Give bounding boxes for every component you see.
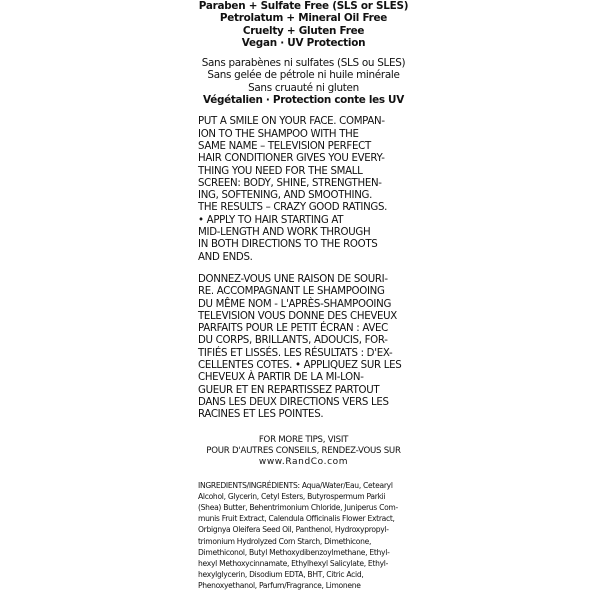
ingredients-list: INGREDIENTS/INGRÉDIENTS: Aqua/Water/Eau,…	[198, 480, 409, 591]
product-label: Paraben + Sulfate Free (SLS or SLES) Pet…	[198, 0, 409, 591]
description-french: DONNEZ-VOUS UNE RAISON DE SOURI- RE. ACC…	[198, 274, 409, 422]
ingredients-line: Orbignya Oleifera Seed Oil, Panthenol, H…	[198, 524, 409, 535]
claim-line: Sans parabènes ni sulfates (SLS ou SLES)	[198, 57, 409, 69]
ingredients-line: Alcohol, Glycerin, Cetyl Esters, Butyros…	[198, 491, 409, 502]
website-url: www.RandCo.com	[198, 457, 409, 468]
claim-line: Sans cruauté ni gluten	[198, 82, 409, 94]
text-line: MID-LENGTH AND WORK THROUGH	[198, 227, 409, 239]
text-line: PARFAITS POUR LE PETIT ÉCRAN : AVEC	[198, 323, 409, 335]
text-line: SAME NAME – TELEVISION PERFECT	[198, 141, 409, 153]
text-line: ING, SOFTENING, AND SMOOTHING.	[198, 190, 409, 202]
text-line: RACINES ET LES POINTES.	[198, 409, 409, 421]
text-line: TIFIÉS ET LISSÉS. LES RÉSULTATS : D'EX-	[198, 348, 409, 360]
ingredients-line: Phenoxyethanol, Parfum/Fragrance, Limone…	[198, 580, 409, 591]
claim-line: Cruelty + Gluten Free	[198, 25, 409, 37]
claim-line: Petrolatum + Mineral Oil Free	[198, 12, 409, 24]
claim-line: Paraben + Sulfate Free (SLS or SLES)	[198, 0, 409, 12]
text-line: TELEVISION VOUS DONNE DES CHEVEUX	[198, 311, 409, 323]
ingredients-line: (Shea) Butter, Behentrimonium Chloride, …	[198, 502, 409, 513]
text-line: IN BOTH DIRECTIONS TO THE ROOTS	[198, 239, 409, 251]
text-line: SCREEN: BODY, SHINE, STRENGTHEN-	[198, 178, 409, 190]
text-line: RE. ACCOMPAGNANT LE SHAMPOOING	[198, 286, 409, 298]
text-line: DONNEZ-VOUS UNE RAISON DE SOURI-	[198, 274, 409, 286]
text-line: CHEVEUX À PARTIR DE LA MI-LON-	[198, 372, 409, 384]
ingredients-line: trimonium Hydrolyzed Corn Starch, Dimeth…	[198, 536, 409, 547]
tips-line-english: FOR MORE TIPS, VISIT	[198, 435, 409, 446]
text-line: ION TO THE SHAMPOO WITH THE	[198, 129, 409, 141]
claim-line: Vegan · UV Protection	[198, 37, 409, 49]
ingredients-line: INGREDIENTS/INGRÉDIENTS: Aqua/Water/Eau,…	[198, 480, 409, 491]
tips-line-french: POUR D'AUTRES CONSEILS, RENDEZ-VOUS SUR	[198, 446, 409, 457]
text-line: DANS LES DEUX DIRECTIONS VERS LES	[198, 397, 409, 409]
description-english: PUT A SMILE ON YOUR FACE. COMPAN- ION TO…	[198, 116, 409, 264]
claim-line: Sans gelée de pétrole ni huile minérale	[198, 69, 409, 81]
ingredients-line: hexylglycerin, Disodium EDTA, BHT, Citri…	[198, 569, 409, 580]
text-line: DU CORPS, BRILLANTS, ADOUCIS, FOR-	[198, 335, 409, 347]
claim-line: Végétalien · Protection conte les UV	[198, 94, 409, 106]
text-line: CELLENTES COTES. • APPLIQUEZ SUR LES	[198, 360, 409, 372]
ingredients-line: hexyl Methoxycinnamate, Ethylhexyl Salic…	[198, 558, 409, 569]
text-line: GUEUR ET EN REPARTISSEZ PARTOUT	[198, 385, 409, 397]
text-line: HAIR CONDITIONER GIVES YOU EVERY-	[198, 153, 409, 165]
text-line: • APPLY TO HAIR STARTING AT	[198, 215, 409, 227]
text-line: THING YOU NEED FOR THE SMALL	[198, 166, 409, 178]
text-line: AND ENDS.	[198, 252, 409, 264]
text-line: PUT A SMILE ON YOUR FACE. COMPAN-	[198, 116, 409, 128]
ingredients-line: Dimethiconol, Butyl Methoxydibenzoylmeth…	[198, 547, 409, 558]
tips-section: FOR MORE TIPS, VISIT POUR D'AUTRES CONSE…	[198, 435, 409, 469]
claims-french: Sans parabènes ni sulfates (SLS ou SLES)…	[198, 57, 409, 106]
text-line: DU MÊME NOM - L'APRÈS-SHAMPOOING	[198, 299, 409, 311]
ingredients-line: munis Fruit Extract, Calendula Officinal…	[198, 513, 409, 524]
text-line: THE RESULTS – CRAZY GOOD RATINGS.	[198, 202, 409, 214]
claims-english: Paraben + Sulfate Free (SLS or SLES) Pet…	[198, 0, 409, 49]
